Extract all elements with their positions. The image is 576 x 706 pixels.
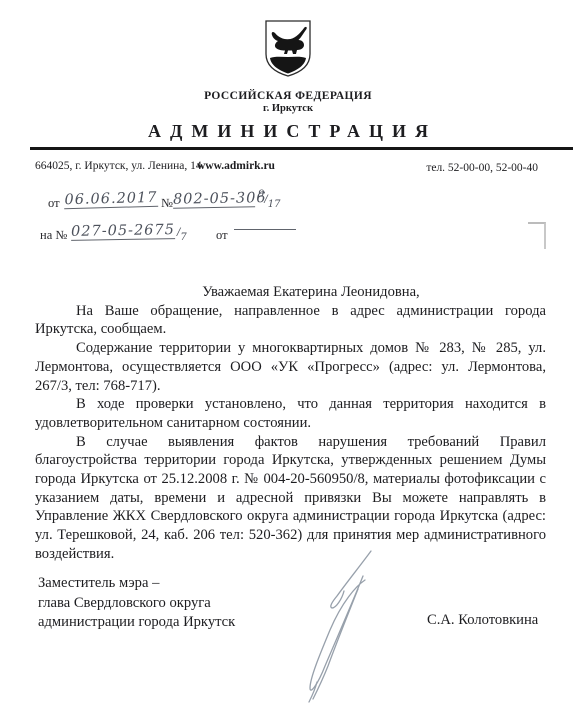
fraction-bottom: 17 [268, 199, 281, 210]
website: www.admirk.ru [197, 160, 275, 172]
letterhead-divider [30, 147, 573, 150]
signer-position-line: администрации города Иркутск [38, 613, 235, 633]
fraction-bottom: 7 [180, 232, 186, 243]
signer-position-block: Заместитель мэра – глава Свердловского о… [38, 574, 235, 633]
signer-name: С.А. Колотовкина [427, 612, 538, 629]
signer-position-line: глава Свердловского округа [38, 594, 235, 614]
reply-number-label: на № [40, 228, 67, 243]
signer-position-line: Заместитель мэра – [38, 574, 235, 594]
outgoing-number-label: № [161, 196, 173, 211]
outgoing-date-value: 06.06.2017 [64, 190, 158, 209]
phone-numbers: тел. 52-00-00, 52-00-40 [426, 162, 538, 174]
salutation: Уважаемая Екатерина Леонидовна, [35, 283, 546, 302]
irkutsk-coat-of-arms-icon [263, 19, 313, 79]
reply-number-fraction: /7 [177, 227, 187, 238]
handwritten-signature [295, 543, 380, 705]
body-paragraph: В случае выявления фактов нарушения треб… [35, 433, 546, 564]
country-line: РОССИЙСКАЯ ФЕДЕРАЦИЯ [0, 90, 576, 102]
reply-date-blank [234, 213, 296, 230]
reply-date-label: от [216, 228, 228, 243]
organization-title: АДМИНИСТРАЦИЯ [0, 121, 576, 142]
letter-body: Уважаемая Екатерина Леонидовна, На Ваше … [35, 283, 546, 564]
body-paragraph: На Ваше обращение, направленное в адрес … [35, 302, 546, 339]
outgoing-number-value: 802-05-306 [173, 190, 255, 208]
scan-corner-mark [528, 222, 546, 249]
reply-number-value: 027-05-2675 [71, 222, 175, 241]
fraction-top: 9 [258, 189, 264, 200]
outgoing-number-fraction: 9/17 [258, 194, 280, 205]
body-paragraph: В ходе проверки установлено, что данная … [35, 395, 546, 432]
body-paragraph: Содержание территории у многоквартирных … [35, 339, 546, 395]
city-line: г. Иркутск [0, 103, 576, 114]
scanned-letter-page: РОССИЙСКАЯ ФЕДЕРАЦИЯ г. Иркутск АДМИНИСТ… [0, 0, 576, 706]
postal-address: 664025, г. Иркутск, ул. Ленина, 14 [35, 160, 202, 172]
outgoing-date-label: от [48, 196, 60, 211]
